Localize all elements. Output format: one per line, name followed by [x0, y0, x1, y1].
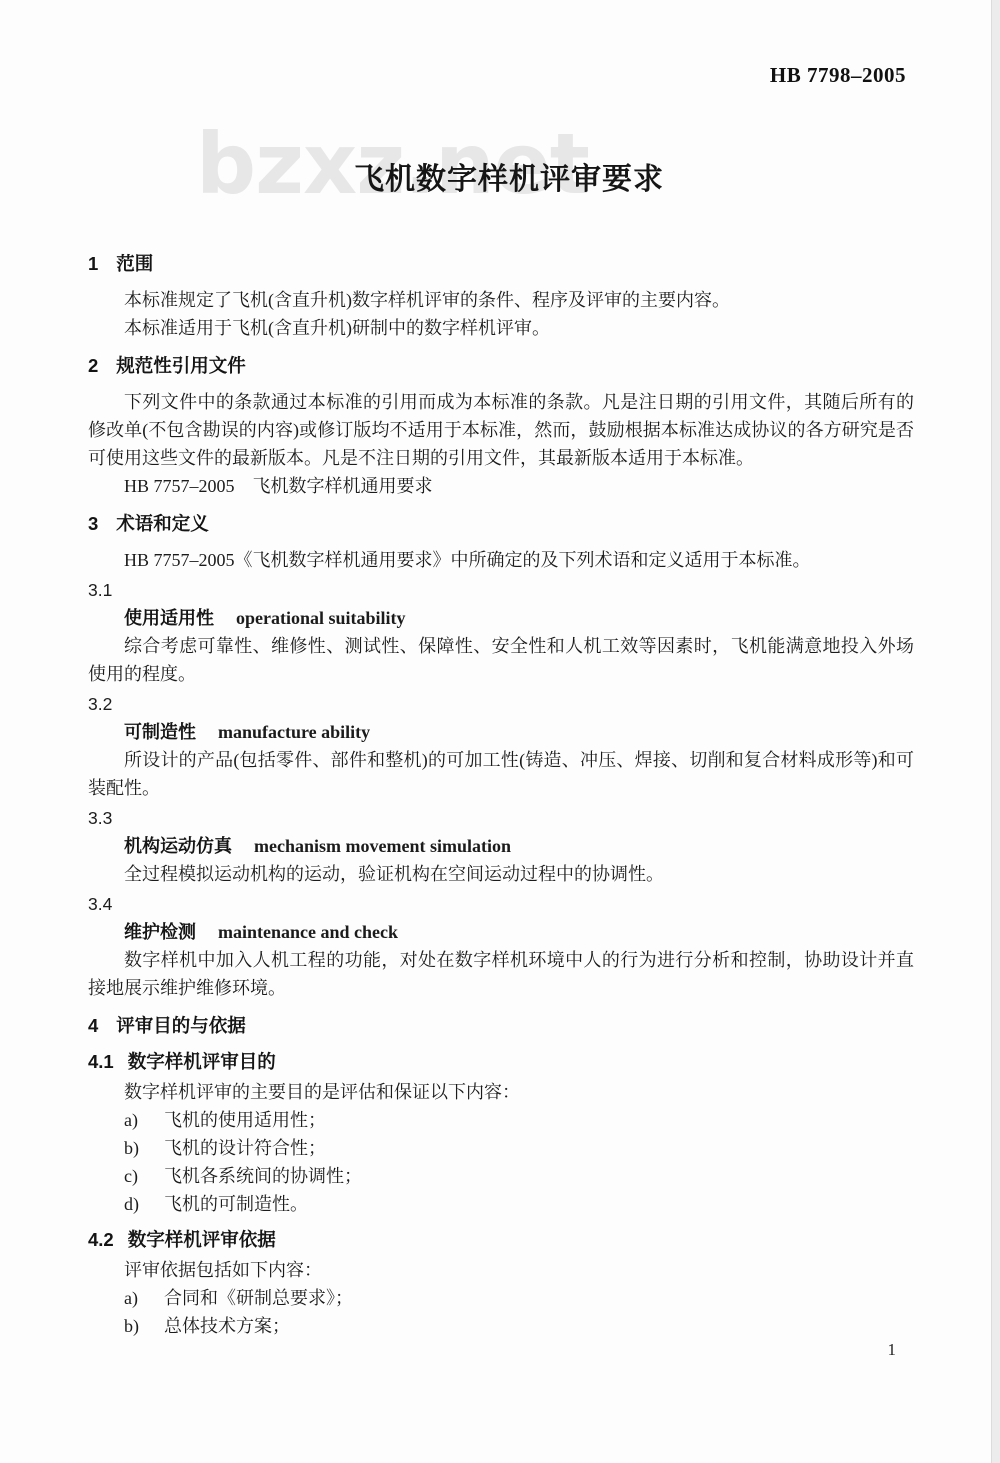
term-chinese: 维护检测 [124, 922, 196, 942]
standard-number: HB 7798–2005 [770, 63, 906, 88]
list-label: a) [124, 1284, 164, 1312]
list-text: 飞机各系统间的协调性； [164, 1166, 362, 1186]
list-item-a: a)飞机的使用适用性； [124, 1106, 914, 1134]
list-text: 飞机的使用适用性； [164, 1110, 326, 1130]
section-heading-3: 3术语和定义 [88, 510, 914, 538]
list-label: b) [124, 1134, 164, 1162]
heading-number: 4.2 [88, 1229, 114, 1250]
subsection-heading-4.2: 4.2数字样机评审依据 [88, 1226, 914, 1254]
heading-number: 1 [88, 253, 98, 274]
list-text: 合同和《研制总要求》； [164, 1288, 353, 1308]
term-chinese: 使用适用性 [124, 608, 214, 628]
list-label: a) [124, 1106, 164, 1134]
list-label: b) [124, 1312, 164, 1340]
heading-text: 范围 [116, 253, 153, 274]
clause-number-3.2: 3.2 [88, 690, 914, 718]
list-item-b: b)总体技术方案； [124, 1312, 914, 1340]
term-definition: 维护检测maintenance and check [124, 918, 914, 946]
list-text: 飞机的设计符合性； [164, 1138, 326, 1158]
heading-text: 数字样机评审依据 [128, 1229, 276, 1250]
paragraph: 数字样机中加入人机工程的功能，对处在数字样机环境中人的行为进行分析和控制，协助设… [88, 946, 914, 1002]
subsection-heading-4.1: 4.1数字样机评审目的 [88, 1048, 914, 1076]
scan-edge-shadow [991, 0, 1000, 1463]
list-label: d) [124, 1190, 164, 1218]
paragraph: 所设计的产品(包括零件、部件和整机)的可加工性(铸造、冲压、焊接、切削和复合材料… [88, 746, 914, 802]
term-english: mechanism movement simulation [254, 836, 511, 856]
heading-number: 3 [88, 513, 98, 534]
paragraph: 综合考虑可靠性、维修性、测试性、保障性、安全性和人机工效等因素时，飞机能满意地投… [88, 632, 914, 688]
clause-number-3.4: 3.4 [88, 890, 914, 918]
paragraph: 本标准适用于飞机(含直升机)研制中的数字样机评审。 [88, 314, 914, 342]
reference-entry: HB 7757–2005 飞机数字样机通用要求 [124, 472, 914, 500]
heading-number: 4 [88, 1015, 98, 1036]
paragraph: 本标准规定了飞机(含直升机)数字样机评审的条件、程序及评审的主要内容。 [88, 286, 914, 314]
list-text: 总体技术方案； [164, 1316, 290, 1336]
paragraph: 数字样机评审的主要目的是评估和保证以下内容： [88, 1078, 914, 1106]
page-number: 1 [888, 1340, 897, 1360]
list-label: c) [124, 1162, 164, 1190]
term-chinese: 可制造性 [124, 722, 196, 742]
list-text: 飞机的可制造性。 [164, 1194, 308, 1214]
paragraph: HB 7757–2005《飞机数字样机通用要求》中所确定的及下列术语和定义适用于… [88, 546, 914, 574]
section-heading-1: 1范围 [88, 250, 914, 278]
heading-text: 数字样机评审目的 [128, 1051, 276, 1072]
term-definition: 机构运动仿真mechanism movement simulation [124, 832, 914, 860]
paragraph: 下列文件中的条款通过本标准的引用而成为本标准的条款。凡是注日期的引用文件，其随后… [88, 388, 914, 472]
heading-text: 规范性引用文件 [116, 355, 246, 376]
list-item-b: b)飞机的设计符合性； [124, 1134, 914, 1162]
list-item-d: d)飞机的可制造性。 [124, 1190, 914, 1218]
term-definition: 可制造性manufacture ability [124, 718, 914, 746]
term-english: maintenance and check [218, 922, 398, 942]
term-english: manufacture ability [218, 722, 370, 742]
term-definition: 使用适用性operational suitability [124, 604, 914, 632]
paragraph: 全过程模拟运动机构的运动，验证机构在空间运动过程中的协调性。 [88, 860, 914, 888]
heading-text: 术语和定义 [116, 513, 209, 534]
heading-text: 评审目的与依据 [116, 1015, 246, 1036]
list-item-c: c)飞机各系统间的协调性； [124, 1162, 914, 1190]
term-english: operational suitability [236, 608, 406, 628]
document-body: 1范围本标准规定了飞机(含直升机)数字样机评审的条件、程序及评审的主要内容。本标… [88, 240, 914, 1340]
term-chinese: 机构运动仿真 [124, 836, 232, 856]
section-heading-4: 4评审目的与依据 [88, 1012, 914, 1040]
document-title: 飞机数字样机评审要求 [0, 154, 1000, 198]
clause-number-3.3: 3.3 [88, 804, 914, 832]
clause-number-3.1: 3.1 [88, 576, 914, 604]
heading-number: 4.1 [88, 1051, 114, 1072]
section-heading-2: 2规范性引用文件 [88, 352, 914, 380]
paragraph: 评审依据包括如下内容： [88, 1256, 914, 1284]
heading-number: 2 [88, 355, 98, 376]
list-item-a: a)合同和《研制总要求》； [124, 1284, 914, 1312]
document-page: HB 7798–2005 bzxz.net 飞机数字样机评审要求 1范围本标准规… [0, 0, 1000, 1463]
